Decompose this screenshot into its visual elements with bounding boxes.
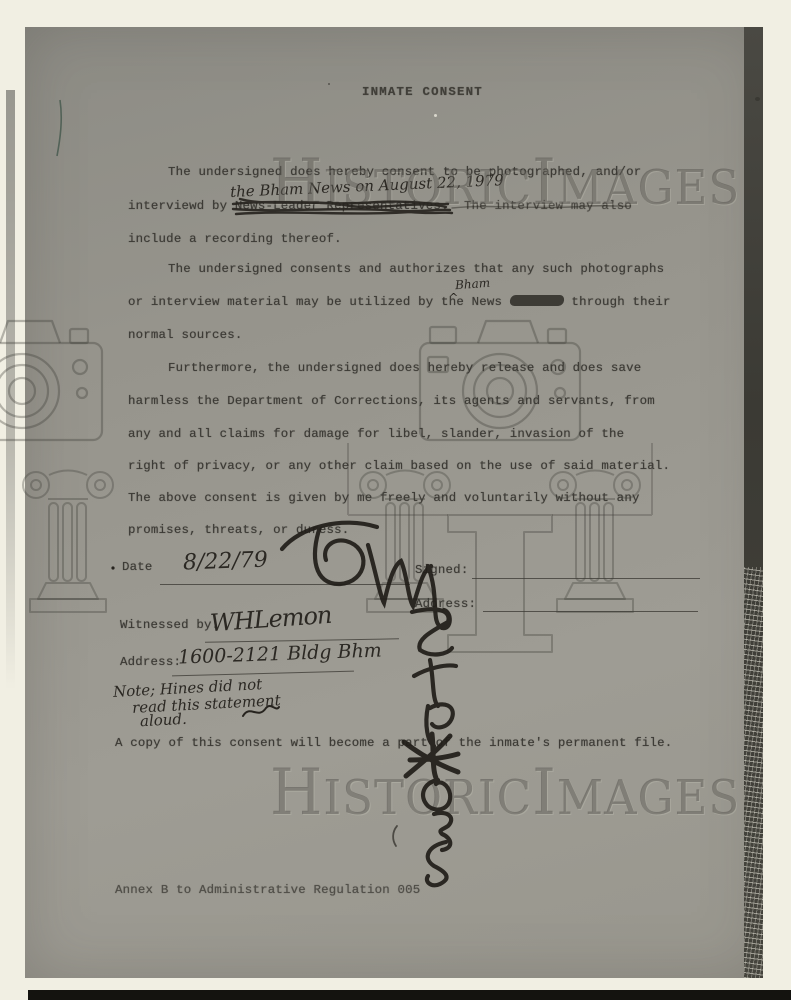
- historicimages-watermark-text: HISTORICIMAGES: [270, 756, 740, 830]
- redacted-word: [509, 295, 565, 306]
- scanned-press-photo: { "colors": { "border_cream": "#f1efe3",…: [0, 0, 791, 1000]
- address-label: Address:: [415, 597, 476, 611]
- typed-line: harmless the Department of Corrections, …: [128, 394, 655, 408]
- watermark-letter: I: [532, 146, 557, 220]
- handwritten-address: 1600-2121 Bldg Bhm: [178, 639, 382, 668]
- watermark-letter: H: [270, 146, 323, 220]
- date-line: [160, 584, 410, 585]
- typed-line: normal sources.: [128, 328, 243, 342]
- dust-speck: [755, 97, 760, 101]
- photo-edge-texture: [744, 567, 763, 978]
- typed-segment: or interview material may be utilized by…: [128, 295, 472, 309]
- typed-line: any and all claims for damage for libel,…: [128, 427, 624, 441]
- typed-line: include a recording thereof.: [128, 232, 342, 246]
- typed-line: Furthermore, the undersigned does hereby…: [168, 361, 641, 375]
- typed-line: promises, threats, or duress.: [128, 523, 349, 537]
- witness-signature: WHLemon: [209, 601, 332, 637]
- annex-line: Annex B to Administrative Regulation 005: [115, 883, 420, 897]
- dust-speck: [328, 83, 330, 85]
- typed-segment: interviewd by: [128, 199, 235, 213]
- typed-line: The above consent is given by me freely …: [128, 491, 640, 505]
- typed-line: The undersigned consents and authorizes …: [168, 262, 664, 276]
- dust-speck: [434, 114, 437, 117]
- watermark-letters: ISTORIC: [323, 770, 532, 826]
- historicimages-watermark-text: HISTORICIMAGES: [270, 146, 740, 220]
- signed-label: Signed:: [415, 563, 468, 577]
- typed-segment: through their: [564, 295, 671, 309]
- address-line: [483, 611, 698, 612]
- typed-line: or interview material may be utilized by…: [128, 295, 671, 309]
- typed-line: right of privacy, or any other claim bas…: [128, 459, 670, 473]
- handwritten-date: 8/22/79: [183, 548, 269, 576]
- address-line: [172, 671, 354, 677]
- signed-line: [472, 578, 700, 579]
- witnessed-label: Witnessed by:: [120, 618, 219, 632]
- watermark-letters: ISTORIC: [323, 160, 532, 216]
- handwritten-bham: Bham: [455, 276, 491, 292]
- caret-mark: ^: [449, 291, 458, 304]
- watermark-letter: I: [532, 756, 557, 830]
- photo-bottom-edge: [28, 990, 791, 1000]
- closing-line: A copy of this consent will become a par…: [115, 736, 672, 750]
- watermark-letter: H: [270, 756, 323, 830]
- watermark-letters: MAGES: [557, 770, 740, 826]
- watermark-letters: MAGES: [557, 160, 740, 216]
- typed-segment: News: [472, 295, 510, 309]
- page-title: INMATE CONSENT: [362, 85, 483, 99]
- scan-edge-shadow: [6, 90, 15, 690]
- address-label: Address:: [120, 655, 181, 669]
- date-label: Date: [122, 560, 153, 574]
- handwritten-note: aloud.: [140, 710, 188, 730]
